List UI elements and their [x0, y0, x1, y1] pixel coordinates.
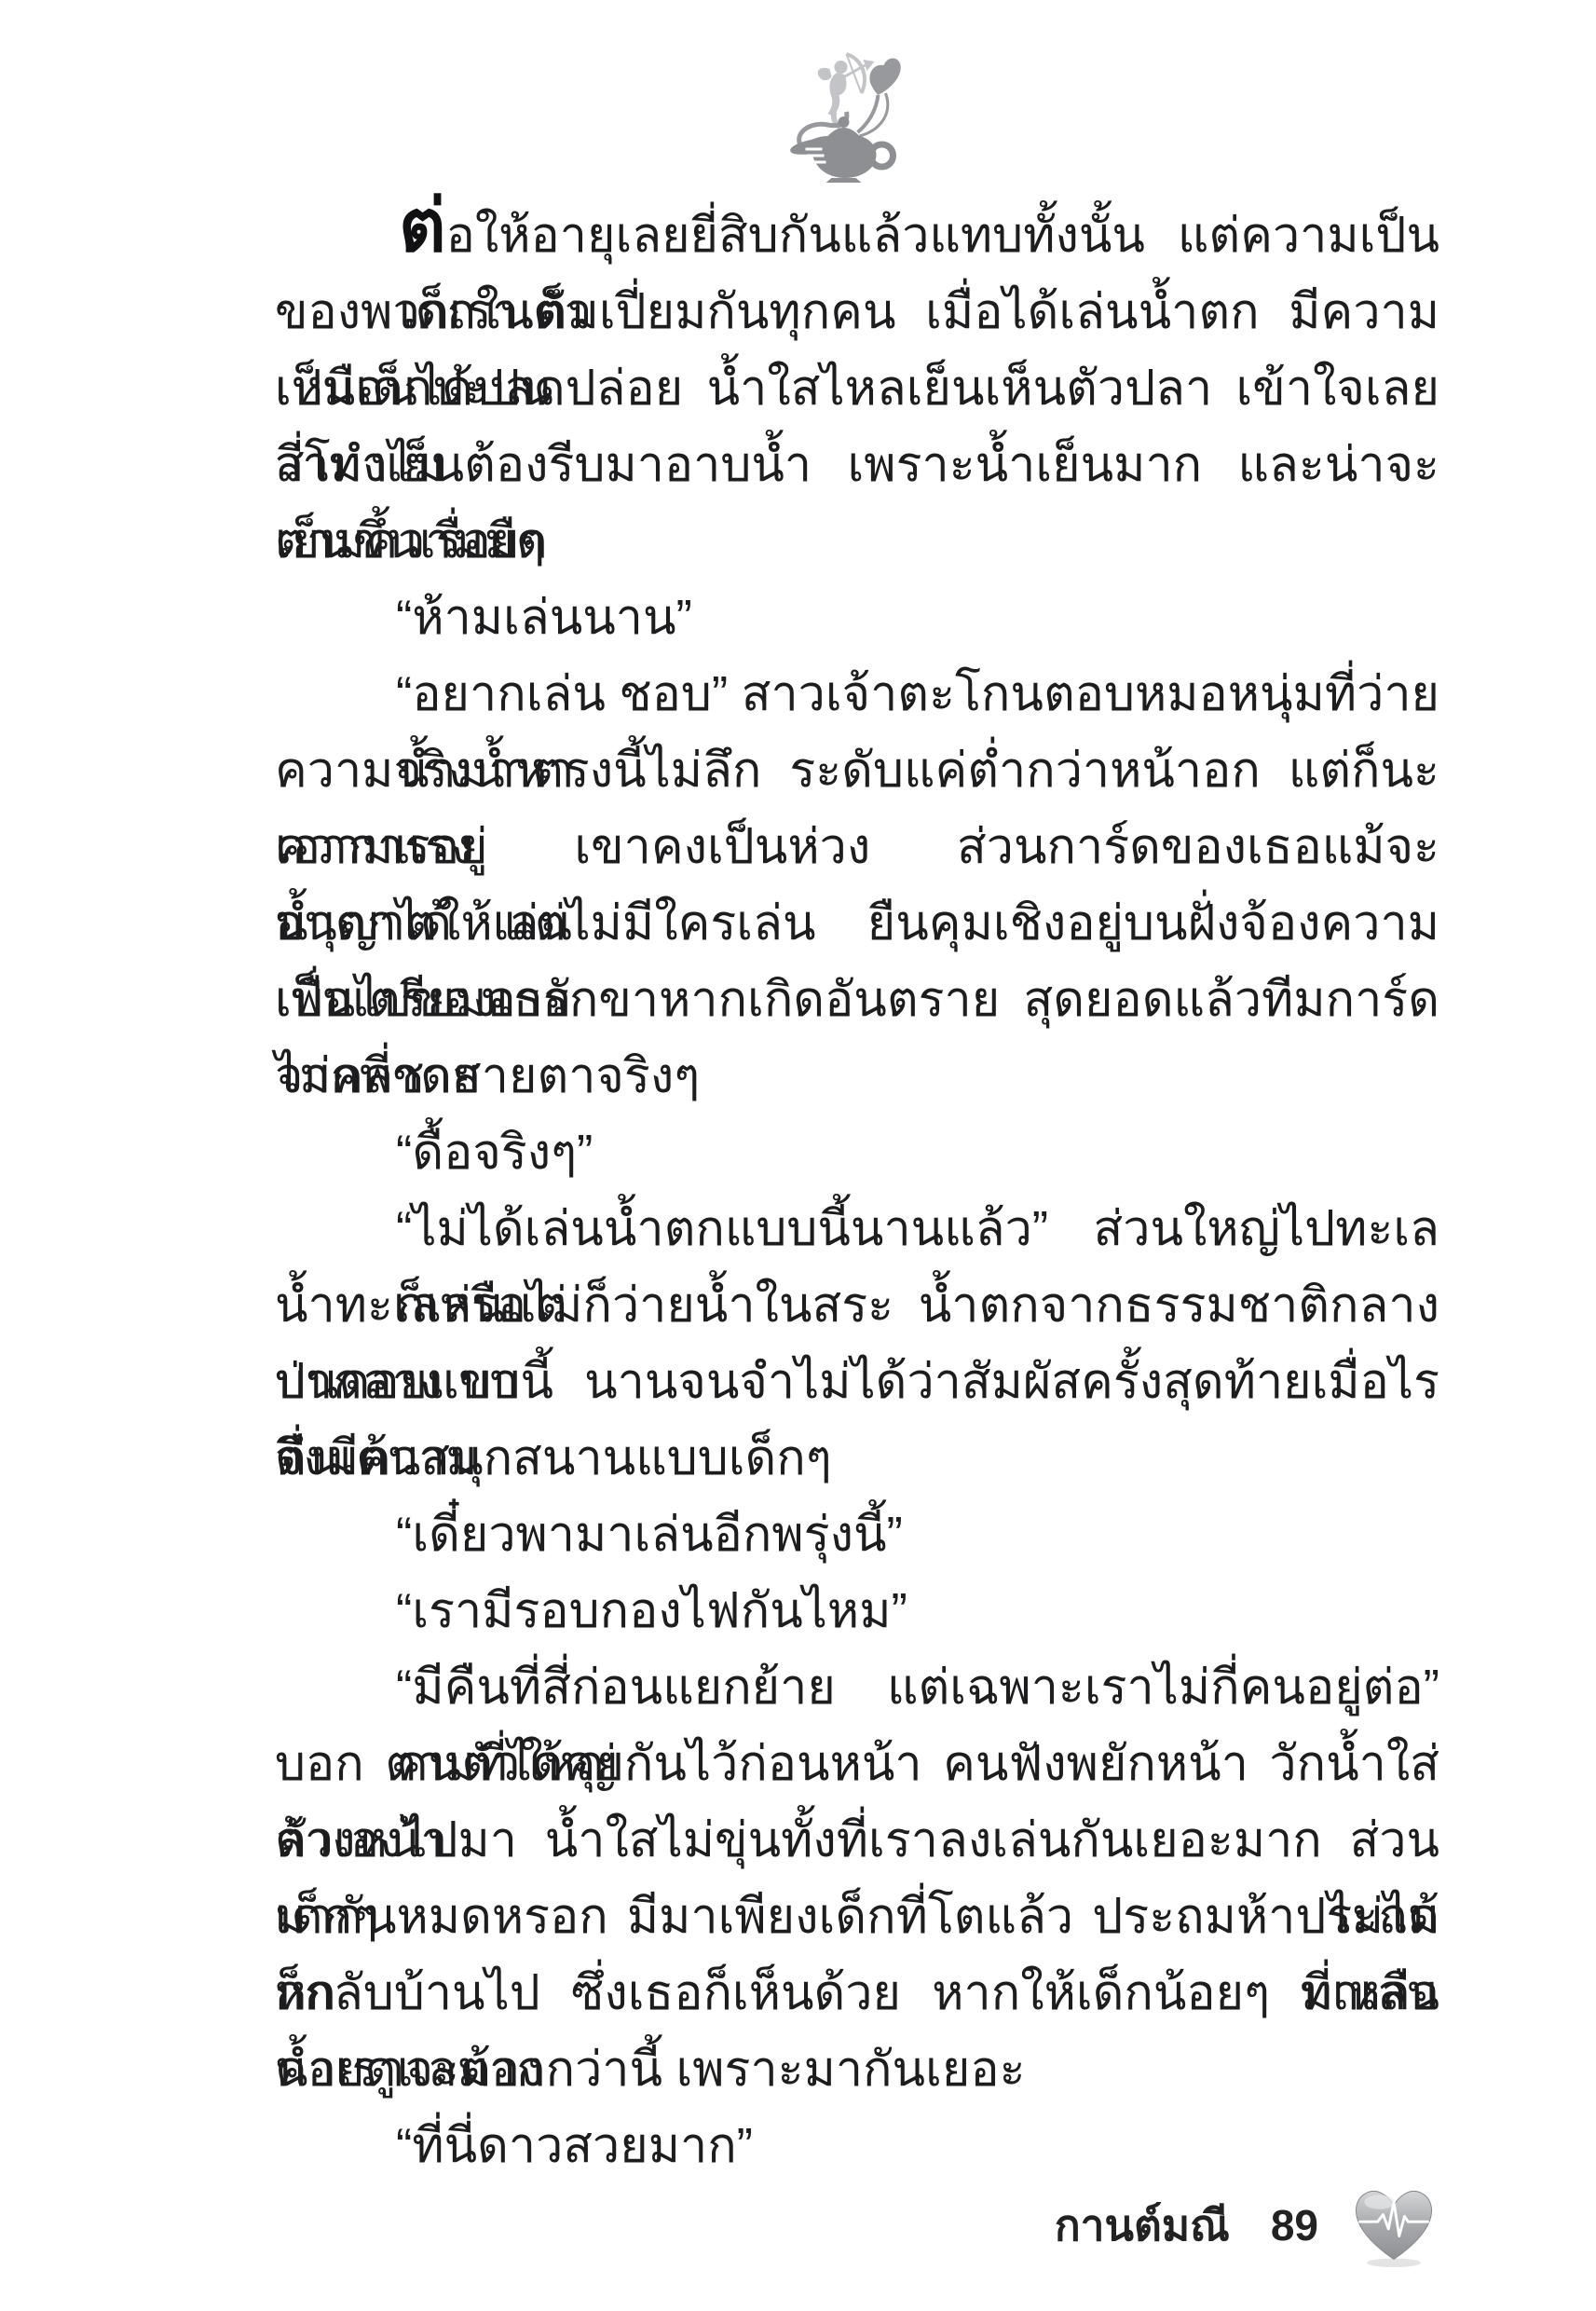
paragraph-line: สี่โมงเย็นต้องรีบมาอาบน้ำ เพราะน้ำเย็นมา… [275, 427, 1439, 503]
paragraph-line: เพื่อเตรียมอารักขาหากเกิดอันตราย สุดยอดแ… [275, 962, 1439, 1038]
paragraph-line: คอยดูแลมากกว่านี้ เพราะมากันเยอะ [275, 2031, 1439, 2108]
dialogue-line: “ดื้อจริงๆ” [275, 1114, 1439, 1191]
dialogue-line: “มีคืนที่สี่ก่อนแยกย้าย แต่เฉพาะเราไม่กี… [275, 1649, 1439, 1726]
dialogue-line: “ไม่ได้เล่นน้ำตกแบบนี้นานแล้ว” ส่วนใหญ่ไ… [275, 1191, 1439, 1267]
paragraph-line: บอก ตามที่ได้คุยกันไว้ก่อนหน้า คนฟังพยัก… [275, 1726, 1439, 1802]
paragraph-line: ตื่นเต้นสนุกสนานแบบเด็กๆ [275, 1420, 1439, 1497]
line-text: ไม่คลาดสายตาจริงๆ [275, 1049, 700, 1103]
line-text: “เดี๋ยวพามาเล่นอีกพรุ่งนี้” [396, 1508, 903, 1562]
page-footer: กานต์มณี 89 [1055, 2181, 1441, 2270]
paragraph-line: ต่อให้อายุเลยยี่สิบกันแล้วแทบทั้งนั้น แต… [275, 198, 1439, 274]
dialogue-line: “ที่นี่ดาวสวยมาก” [275, 2108, 1439, 2184]
paragraph-line: มากันหมดหรอก มีมาเพียงเด็กที่โตแล้ว ประถ… [275, 1879, 1439, 1955]
paragraph-line: ตัวเองไปมา น้ำใสไม่ขุ่นทั้งที่เราลงเล่นก… [275, 1802, 1439, 1879]
paragraph-line: ของพวกเราเต็มเปี่ยมกันทุกคน เมื่อได้เล่น… [275, 274, 1439, 350]
paragraph-line: น้ำตกได้ แต่ไม่มีใครเล่น ยืนคุมเชิงอยู่บ… [275, 885, 1439, 962]
line-text: “ที่นี่ดาวสวยมาก” [396, 2119, 753, 2173]
line-text: “ห้ามเล่นนาน” [396, 591, 692, 645]
line-text: “ดื้อจริงๆ” [396, 1126, 593, 1180]
paragraph-line: ความจริงน้ำตรงนี้ไม่ลึก ระดับแค่ต่ำกว่าห… [275, 732, 1439, 809]
line-text: ตามความมืด [275, 514, 548, 568]
drop-cap: ต่ [399, 185, 446, 267]
line-text: ตื่นเต้นสนุกสนานแบบเด็กๆ [275, 1431, 832, 1485]
dialogue-line: “ห้ามเล่นนาน” [275, 580, 1439, 656]
dialogue-line: “เดี๋ยวพามาเล่นอีกพรุ่งนี้” [275, 1497, 1439, 1573]
line-text: “เรามีรอบกองไฟกันไหม” [396, 1584, 907, 1638]
heartbeat-heart-icon [1346, 2181, 1441, 2270]
paragraph-line: เอาการอยู่ เขาคงเป็นห่วง ส่วนการ์ดของเธอ… [275, 809, 1439, 885]
dialogue-line: “เรามีรอบกองไฟกันไหม” [275, 1573, 1439, 1649]
cupid-genie-lamp-icon [771, 43, 907, 183]
paragraph-line: ตามความมืด [275, 503, 1439, 580]
dialogue-line: “อยากเล่น ชอบ” สาวเจ้าตะโกนตอบหมอหนุ่มที… [275, 656, 1439, 732]
page-number: 89 [1271, 2200, 1318, 2250]
paragraph-line: เหมือนได้ปลดปล่อย น้ำใสไหลเย็นเห็นตัวปลา… [275, 350, 1439, 427]
running-title: กานต์มณี [1055, 2192, 1230, 2260]
paragraph-line: บนดอยแบบนี้ นานจนจำไม่ได้ว่าสัมผัสครั้งส… [275, 1344, 1439, 1420]
paragraph-line: น้ำทะเลหรือไม่ก็ว่ายน้ำในสระ น้ำตกจากธรร… [275, 1267, 1439, 1344]
paragraph-line: ไม่คลาดสายตาจริงๆ [275, 1038, 1439, 1114]
line-text: คอยดูแลมากกว่านี้ เพราะมากันเยอะ [275, 2043, 1026, 2097]
paragraph-line: ก็กลับบ้านไป ซึ่งเธอก็เห็นด้วย หากให้เด็… [275, 1955, 1439, 2031]
page-text: ต่อให้อายุเลยยี่สิบกันแล้วแทบทั้งนั้น แต… [275, 198, 1439, 2184]
book-page: ต่อให้อายุเลยยี่สิบกันแล้วแทบทั้งนั้น แต… [0, 0, 1596, 2311]
